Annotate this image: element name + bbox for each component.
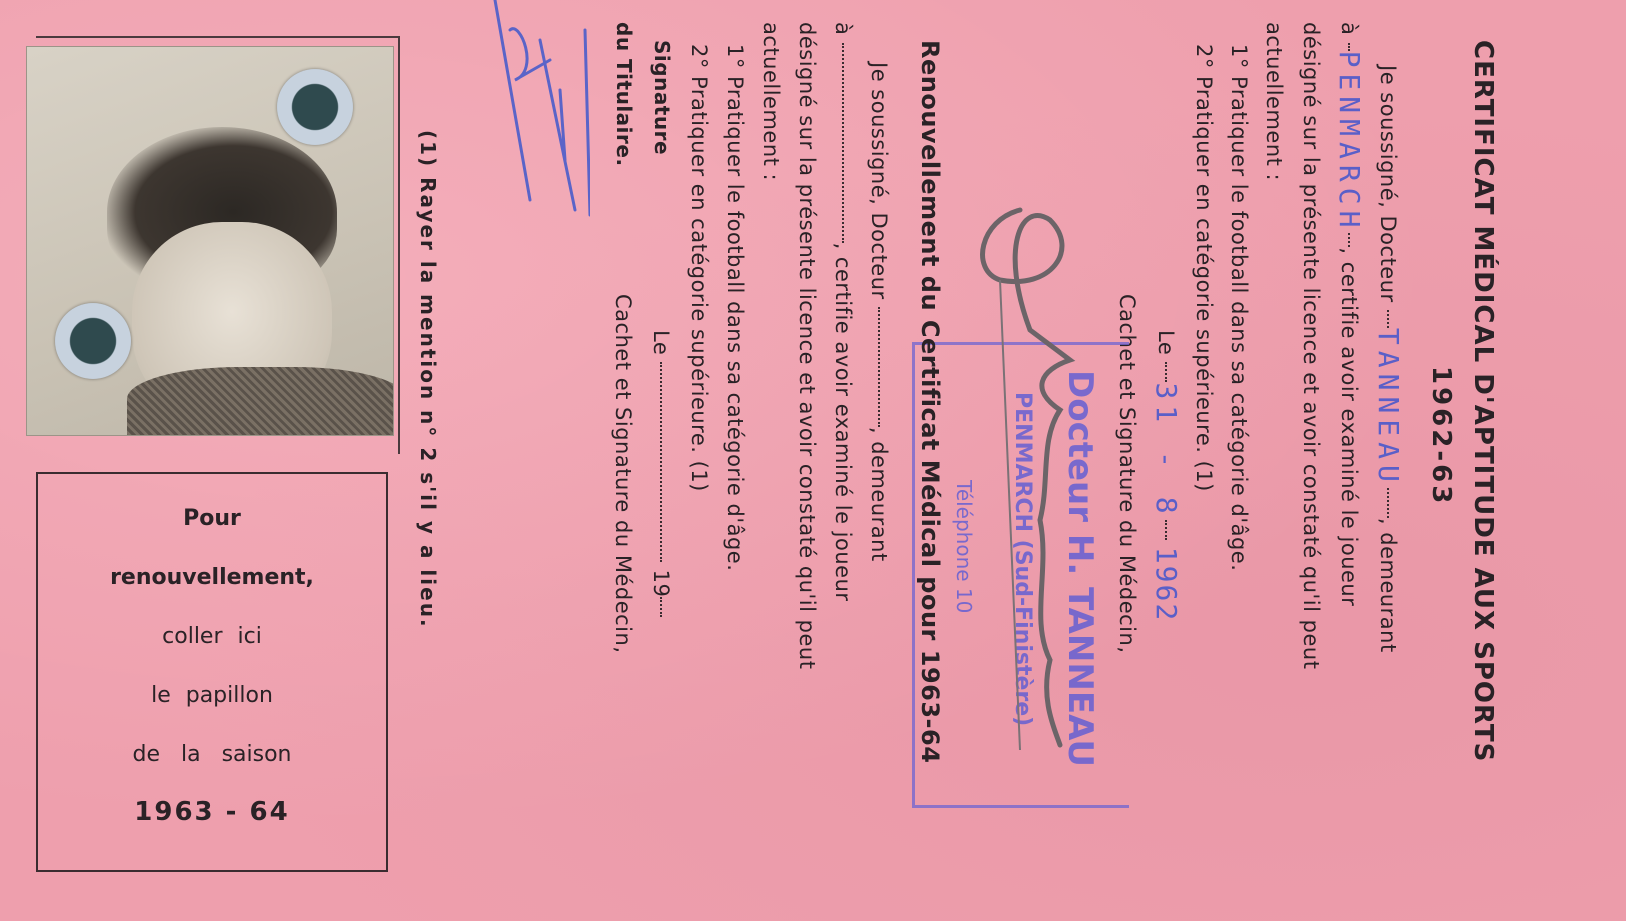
dotted-fill [1387, 310, 1389, 328]
stamp-phone: Téléphone 10 [952, 480, 976, 613]
renewal-line-4: actuellement : [760, 22, 781, 181]
date-year: 19 [649, 570, 673, 598]
dotted-fill [1387, 488, 1389, 518]
renewal-heading: Renouvellement du Certificat Médical pou… [918, 40, 942, 763]
dotted-fill [1165, 520, 1167, 540]
renewal-sticker-box: Pour renouvellement, coller ici le papil… [36, 472, 388, 872]
date-prefix: Le [1154, 330, 1178, 355]
cert-line-1-suffix: , demeurant [1376, 518, 1400, 653]
cert-item-1: 1° Pratiquer le football dans sa catégor… [1228, 44, 1249, 571]
certificate-title: CERTIFICAT MÉDICAL D'APTITUDE AUX SPORTS [1470, 40, 1496, 762]
cert-line-2: à PENMARCH, certifie avoir examiné le jo… [1335, 22, 1363, 606]
renewal-date: Le 19 [650, 330, 671, 617]
cert-line-1-prefix: Je soussigné, Docteur [1376, 65, 1400, 303]
dotted-fill [1348, 233, 1350, 247]
renewal-item-2: 2° Pratiquer en catégorie supérieure. (1… [688, 44, 709, 492]
renewal-line-3: désigné sur la présente licence et avoir… [796, 22, 817, 669]
date-prefix: Le [649, 330, 673, 355]
sticker-line-6: 1963 - 64 [38, 797, 386, 827]
renewal-date-field[interactable] [660, 362, 662, 562]
handwritten-place: PENMARCH [1333, 51, 1366, 234]
cert-line-1: Je soussigné, Docteur TANNEAU, demeurant [1374, 65, 1402, 653]
sticker-line-4: le papillon [38, 683, 386, 708]
eyelet-icon [277, 69, 353, 145]
renewal-signature-label: Cachet et Signature du Médecin, [612, 294, 633, 654]
sticker-line-3: coller ici [38, 624, 386, 649]
cert-line-3: désigné sur la présente licence et avoir… [1300, 22, 1321, 669]
id-photo [26, 46, 394, 436]
season-year: 1962-63 [1428, 366, 1454, 506]
stamp-city: PENMARCH (Sud-Finistère) [1010, 392, 1035, 726]
footnote: (1) Rayer la mention n° 2 s'il y a lieu. [418, 130, 438, 629]
photo-coat [127, 367, 394, 436]
city-field[interactable] [842, 43, 844, 243]
renewal-line-1-prefix: Je soussigné, Docteur [867, 62, 891, 300]
handwritten-date: 31 - 8 [1150, 382, 1183, 519]
sticker-line-2: renouvellement, [38, 565, 386, 590]
eyelet-icon [55, 303, 131, 379]
cert-line-4: actuellement : [1263, 22, 1284, 181]
renewal-line-1-suffix: , demeurant [867, 427, 891, 562]
sticker-line-5: de la saison [38, 742, 386, 767]
certificate-card: CERTIFICAT MÉDICAL D'APTITUDE AUX SPORTS… [0, 0, 1626, 921]
sticker-line-1: Pour [38, 506, 386, 531]
year-field[interactable] [660, 597, 662, 617]
cert-line-2-prefix: à [1337, 22, 1361, 35]
holder-signature [490, 0, 590, 220]
doctor-name-field[interactable] [878, 307, 880, 427]
handwritten-doctor-name: TANNEAU [1372, 328, 1405, 488]
stamp-doctor-name: Docteur H. TANNEAU [1060, 370, 1100, 767]
date-year: 1962 [1150, 547, 1183, 622]
renewal-line-2-suffix: , certifie avoir examiné le joueur [831, 243, 855, 602]
renewal-line-1: Je soussigné, Docteur , demeurant [868, 62, 889, 562]
cert-line-2-suffix: , certifie avoir examiné le joueur [1337, 247, 1361, 606]
renewal-line-2: à , certifie avoir examiné le joueur [832, 22, 853, 602]
dotted-fill [1348, 43, 1350, 51]
dotted-fill [1165, 362, 1167, 382]
renewal-item-1: 1° Pratiquer le football dans sa catégor… [724, 44, 745, 571]
cert-item-2: 2° Pratiquer en catégorie supérieure. (1… [1193, 44, 1214, 492]
renewal-line-2-prefix: à [831, 22, 855, 35]
holder-signature-label-2: du Titulaire. [614, 22, 634, 167]
cert-date: Le 31 - 8 1962 [1152, 330, 1180, 622]
holder-signature-label-1: Signature [652, 40, 672, 155]
